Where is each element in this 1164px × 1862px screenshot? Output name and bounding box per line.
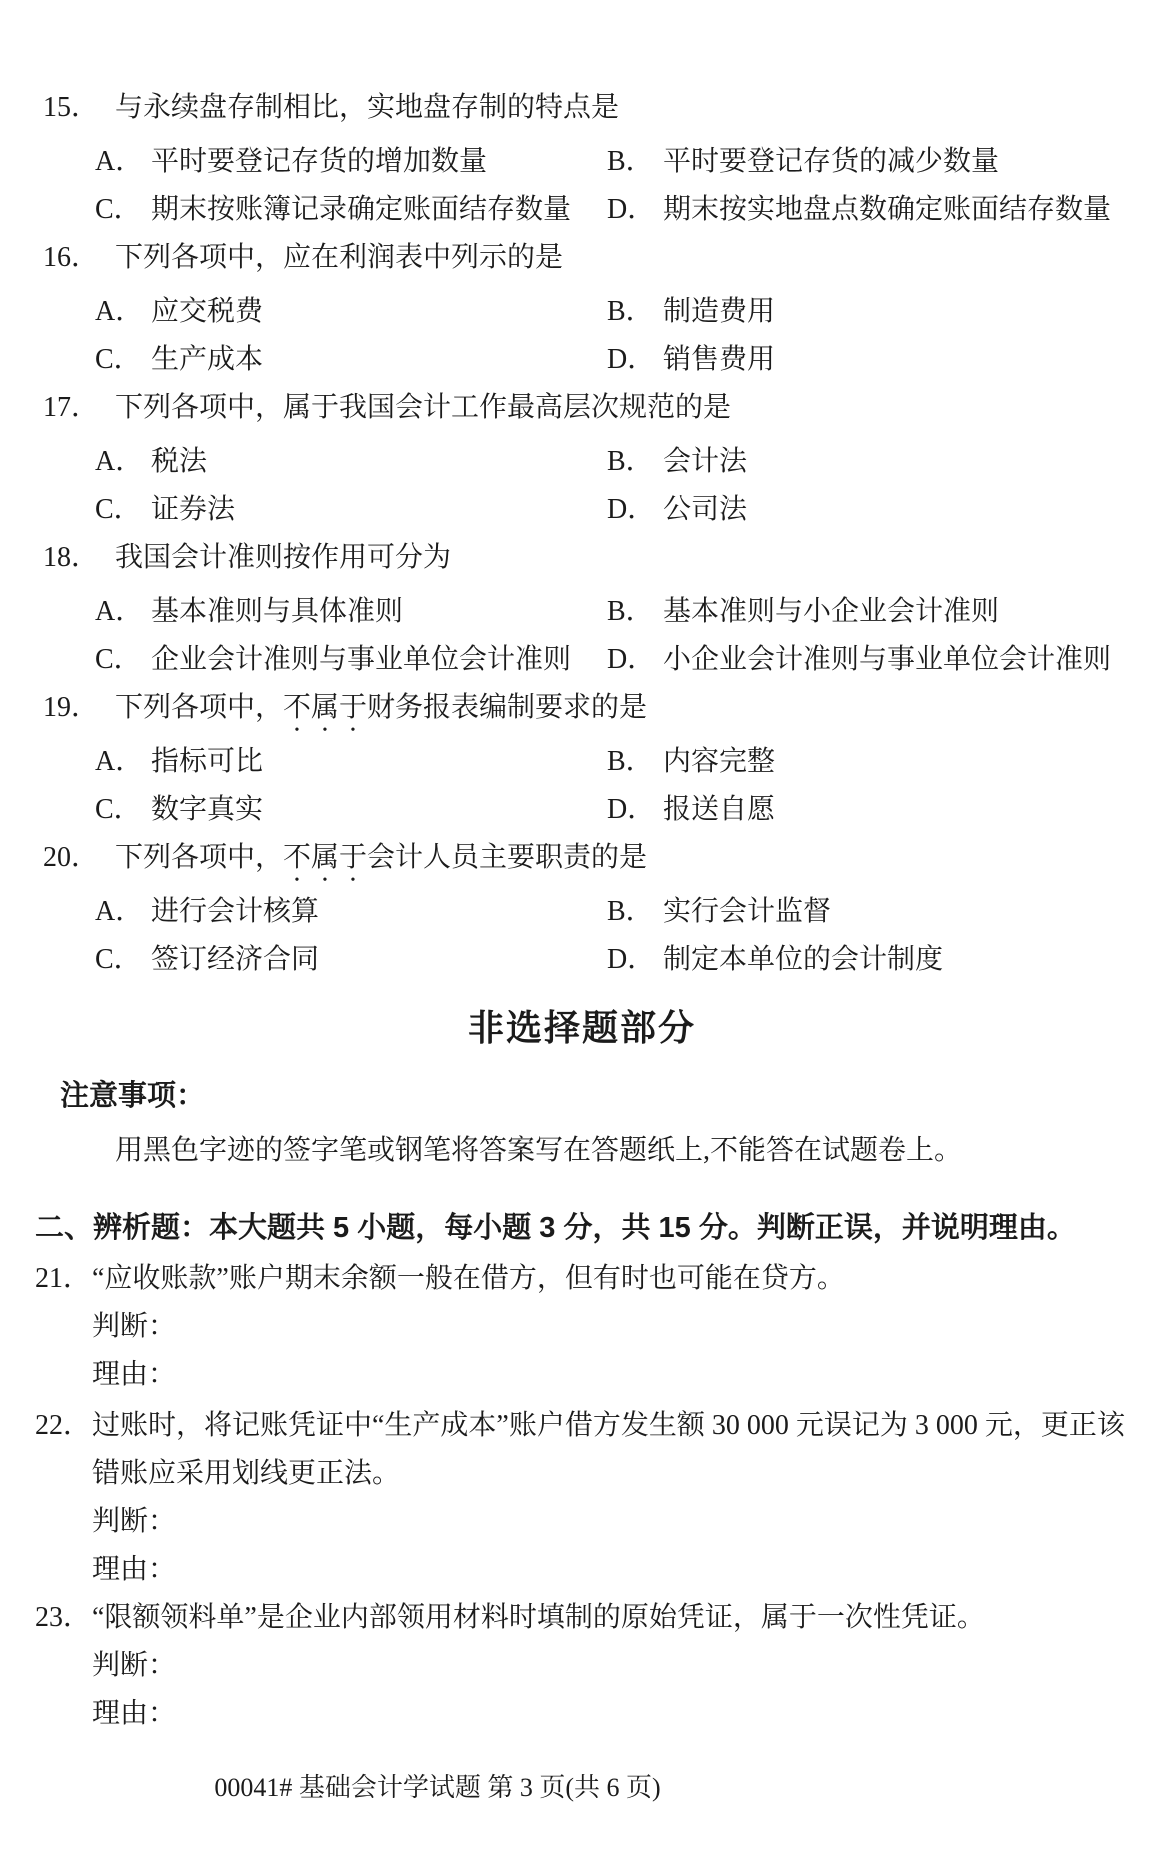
option-label: B． (607, 138, 663, 186)
options-row: C．签订经济合同 D．制定本单位的会计制度 (0, 936, 1164, 984)
stem-text: 我国会计准则按作用可分为 (115, 542, 451, 573)
question-17: 17．下列各项中，属于我国会计工作最高层次规范的是 A．税法 B．会计法 C．证… (0, 384, 1164, 534)
emphasized-text: 不属于 (283, 842, 367, 873)
reason-label: 理由： (0, 1690, 1164, 1738)
question-18: 18．我国会计准则按作用可分为 A．基本准则与具体准则 B．基本准则与小企业会计… (0, 534, 1164, 684)
stem-text: 下列各项中， (115, 842, 283, 873)
question-stem: 20．下列各项中，不属于会计人员主要职责的是 (0, 834, 1164, 888)
option-label: C． (95, 636, 151, 684)
option-19-b: B．内容完整 (607, 738, 775, 786)
option-text: 基本准则与小企业会计准则 (663, 596, 999, 627)
question-number: 22． (35, 1402, 92, 1498)
option-text: 进行会计核算 (151, 896, 319, 927)
option-text: 企业会计准则与事业单位会计准则 (151, 644, 571, 675)
option-20-c: C．签订经济合同 (95, 936, 607, 984)
option-text: 生产成本 (151, 344, 263, 375)
stem-text: 财务报表编制要求的是 (367, 692, 647, 723)
option-text: 税法 (151, 446, 207, 477)
options-row: A．基本准则与具体准则 B．基本准则与小企业会计准则 (0, 588, 1164, 636)
option-label: C． (95, 486, 151, 534)
stem-text: 下列各项中，属于我国会计工作最高层次规范的是 (115, 392, 731, 423)
question-21: 21．“应收账款”账户期末余额一般在借方，但有时也可能在贷方。 判断： 理由： (0, 1255, 1164, 1399)
emphasized-text: 不属于 (283, 692, 367, 723)
options-row: A．税法 B．会计法 (0, 438, 1164, 486)
option-18-d: D．小企业会计准则与事业单位会计准则 (607, 636, 1111, 684)
question-number: 18． (43, 534, 115, 582)
judge-label: 判断： (0, 1498, 1164, 1546)
options-row: C．企业会计准则与事业单位会计准则 D．小企业会计准则与事业单位会计准则 (0, 636, 1164, 684)
option-label: C． (95, 186, 151, 234)
options-row: C．期末按账簿记录确定账面结存数量 D．期末按实地盘点数确定账面结存数量 (0, 186, 1164, 234)
option-label: B． (607, 888, 663, 936)
option-text: 数字真实 (151, 794, 263, 825)
option-label: D． (607, 186, 663, 234)
option-text: 签订经济合同 (151, 944, 319, 975)
option-18-a: A．基本准则与具体准则 (95, 588, 607, 636)
option-label: A． (95, 588, 151, 636)
judge-label: 判断： (0, 1642, 1164, 1690)
option-text: 指标可比 (151, 746, 263, 777)
question-stem: 22．过账时，将记账凭证中“生产成本”账户借方发生额 30 000 元误记为 3… (0, 1402, 1164, 1498)
section-title: 非选择题部分 (0, 1000, 1164, 1056)
question-23: 23．“限额领料单”是企业内部领用材料时填制的原始凭证，属于一次性凭证。 判断：… (0, 1594, 1164, 1738)
question-20: 20．下列各项中，不属于会计人员主要职责的是 A．进行会计核算 B．实行会计监督… (0, 834, 1164, 984)
option-text: 平时要登记存货的增加数量 (151, 146, 487, 177)
option-19-c: C．数字真实 (95, 786, 607, 834)
option-label: B． (607, 738, 663, 786)
option-17-b: B．会计法 (607, 438, 747, 486)
question-number: 16． (43, 234, 115, 282)
option-label: B． (607, 438, 663, 486)
option-label: A． (95, 738, 151, 786)
option-text: 基本准则与具体准则 (151, 596, 403, 627)
option-text: 小企业会计准则与事业单位会计准则 (663, 644, 1111, 675)
question-number: 23． (35, 1594, 92, 1642)
option-text: 期末按账簿记录确定账面结存数量 (151, 194, 571, 225)
option-label: C． (95, 936, 151, 984)
options-row: C．数字真实 D．报送自愿 (0, 786, 1164, 834)
options-row: A．进行会计核算 B．实行会计监督 (0, 888, 1164, 936)
option-18-b: B．基本准则与小企业会计准则 (607, 588, 999, 636)
page-content: 15．与永续盘存制相比，实地盘存制的特点是 A．平时要登记存货的增加数量 B．平… (0, 84, 1164, 1812)
question-number: 17． (43, 384, 115, 432)
options-row: A．应交税费 B．制造费用 (0, 288, 1164, 336)
part2-header: 二、辨析题：本大题共 5 小题，每小题 3 分，共 15 分。判断正误，并说明理… (0, 1204, 1164, 1252)
reason-label: 理由： (0, 1546, 1164, 1594)
option-16-d: D．销售费用 (607, 336, 775, 384)
option-19-a: A．指标可比 (95, 738, 607, 786)
stem-text: 会计人员主要职责的是 (367, 842, 647, 873)
option-label: A． (95, 138, 151, 186)
page-footer: 00041# 基础会计学试题 第 3 页(共 6 页) (0, 1764, 875, 1812)
option-text: 实行会计监督 (663, 896, 831, 927)
notice-text: 用黑色字迹的签字笔或钢笔将答案写在答题纸上,不能答在试题卷上。 (0, 1127, 1164, 1175)
exam-page: 15．与永续盘存制相比，实地盘存制的特点是 A．平时要登记存货的增加数量 B．平… (0, 0, 1164, 1862)
question-stem: 15．与永续盘存制相比，实地盘存制的特点是 (0, 84, 1164, 138)
question-15: 15．与永续盘存制相比，实地盘存制的特点是 A．平时要登记存货的增加数量 B．平… (0, 84, 1164, 234)
stem-text: 下列各项中， (115, 692, 283, 723)
option-20-b: B．实行会计监督 (607, 888, 831, 936)
statement-text: “应收账款”账户期末余额一般在借方，但有时也可能在贷方。 (92, 1255, 845, 1303)
options-row: C．生产成本 D．销售费用 (0, 336, 1164, 384)
statement-text: 过账时，将记账凭证中“生产成本”账户借方发生额 30 000 元误记为 3 00… (92, 1402, 1137, 1498)
option-text: 制造费用 (663, 296, 775, 327)
option-text: 会计法 (663, 446, 747, 477)
option-text: 应交税费 (151, 296, 263, 327)
question-number: 19． (43, 684, 115, 732)
question-stem: 23．“限额领料单”是企业内部领用材料时填制的原始凭证，属于一次性凭证。 (0, 1594, 1164, 1642)
option-18-c: C．企业会计准则与事业单位会计准则 (95, 636, 607, 684)
question-stem: 19．下列各项中，不属于财务报表编制要求的是 (0, 684, 1164, 738)
statement-text: “限额领料单”是企业内部领用材料时填制的原始凭证，属于一次性凭证。 (92, 1594, 985, 1642)
question-number: 21． (35, 1255, 92, 1303)
question-number: 15． (43, 84, 115, 132)
option-label: A． (95, 288, 151, 336)
option-15-d: D．期末按实地盘点数确定账面结存数量 (607, 186, 1111, 234)
stem-text: 与永续盘存制相比，实地盘存制的特点是 (115, 92, 619, 123)
question-number: 20． (43, 834, 115, 882)
option-text: 公司法 (663, 494, 747, 525)
reason-label: 理由： (0, 1351, 1164, 1399)
question-stem: 18．我国会计准则按作用可分为 (0, 534, 1164, 588)
option-15-a: A．平时要登记存货的增加数量 (95, 138, 607, 186)
option-label: B． (607, 288, 663, 336)
notice-label: 注意事项： (0, 1072, 1164, 1120)
option-label: D． (607, 336, 663, 384)
option-15-c: C．期末按账簿记录确定账面结存数量 (95, 186, 607, 234)
option-text: 内容完整 (663, 746, 775, 777)
option-label: A． (95, 438, 151, 486)
option-17-c: C．证券法 (95, 486, 607, 534)
option-label: C． (95, 336, 151, 384)
options-row: C．证券法 D．公司法 (0, 486, 1164, 534)
judge-label: 判断： (0, 1303, 1164, 1351)
option-20-d: D．制定本单位的会计制度 (607, 936, 943, 984)
option-label: D． (607, 636, 663, 684)
option-16-a: A．应交税费 (95, 288, 607, 336)
option-label: A． (95, 888, 151, 936)
options-row: A．指标可比 B．内容完整 (0, 738, 1164, 786)
options-row: A．平时要登记存货的增加数量 B．平时要登记存货的减少数量 (0, 138, 1164, 186)
option-label: D． (607, 936, 663, 984)
option-15-b: B．平时要登记存货的减少数量 (607, 138, 999, 186)
option-text: 证券法 (151, 494, 235, 525)
question-22: 22．过账时，将记账凭证中“生产成本”账户借方发生额 30 000 元误记为 3… (0, 1402, 1164, 1594)
option-text: 制定本单位的会计制度 (663, 944, 943, 975)
option-text: 平时要登记存货的减少数量 (663, 146, 999, 177)
option-19-d: D．报送自愿 (607, 786, 775, 834)
stem-text: 下列各项中，应在利润表中列示的是 (115, 242, 563, 273)
option-17-d: D．公司法 (607, 486, 747, 534)
option-label: B． (607, 588, 663, 636)
option-label: D． (607, 486, 663, 534)
question-stem: 17．下列各项中，属于我国会计工作最高层次规范的是 (0, 384, 1164, 438)
option-16-b: B．制造费用 (607, 288, 775, 336)
question-19: 19．下列各项中，不属于财务报表编制要求的是 A．指标可比 B．内容完整 C．数… (0, 684, 1164, 834)
option-text: 销售费用 (663, 344, 775, 375)
option-16-c: C．生产成本 (95, 336, 607, 384)
question-16: 16．下列各项中，应在利润表中列示的是 A．应交税费 B．制造费用 C．生产成本… (0, 234, 1164, 384)
option-text: 期末按实地盘点数确定账面结存数量 (663, 194, 1111, 225)
option-20-a: A．进行会计核算 (95, 888, 607, 936)
question-stem: 16．下列各项中，应在利润表中列示的是 (0, 234, 1164, 288)
option-text: 报送自愿 (663, 794, 775, 825)
option-label: D． (607, 786, 663, 834)
question-stem: 21．“应收账款”账户期末余额一般在借方，但有时也可能在贷方。 (0, 1255, 1164, 1303)
option-label: C． (95, 786, 151, 834)
option-17-a: A．税法 (95, 438, 607, 486)
